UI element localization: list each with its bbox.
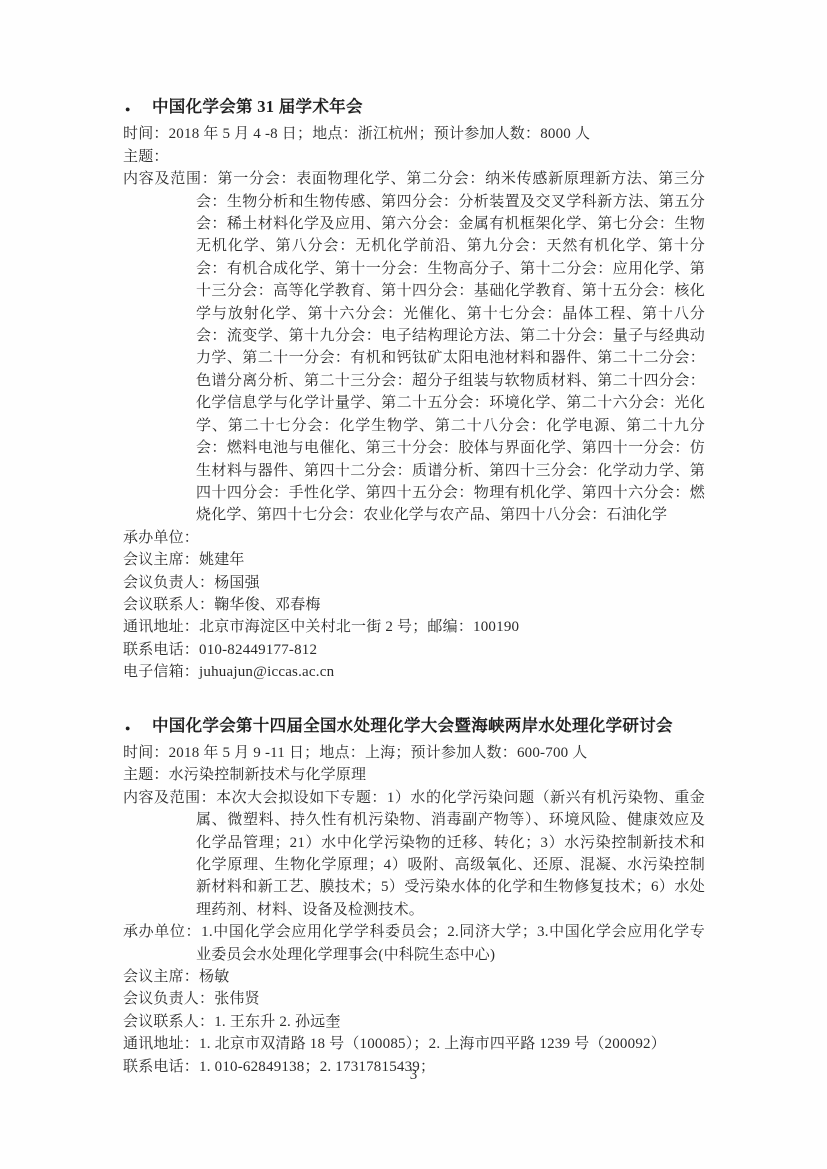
page-number: 3 bbox=[0, 1064, 827, 1086]
field-row: 电子信箱：juhuajun@iccas.ac.cn bbox=[123, 661, 705, 683]
field-value: 2018 年 5 月 4 -8 日；地点：浙江杭州；预计参加人数：8000 人 bbox=[169, 126, 591, 142]
field-label: 会议联系人： bbox=[123, 597, 214, 613]
field-row: 会议联系人：1. 王东升 2. 孙远奎 bbox=[123, 1011, 705, 1033]
field-row: 内容及范围：第一分会：表面物理化学、第二分会：纳米传感新原理新方法、第三分会：生… bbox=[123, 168, 705, 527]
field-row: 通讯地址：北京市海淀区中关村北一街 2 号；邮编：100190 bbox=[123, 616, 705, 638]
bullet-icon: ● bbox=[123, 717, 152, 739]
field-row: 会议联系人：鞠华俊、邓春梅 bbox=[123, 594, 705, 616]
field-label: 内容及范围： bbox=[123, 171, 217, 187]
field-row: 联系电话：010-82449177-812 bbox=[123, 639, 705, 661]
document-page: ● 中国化学会第 31 届学术年会 时间：2018 年 5 月 4 -8 日；地… bbox=[0, 0, 827, 1169]
field-row: 内容及范围：本次大会拟设如下专题：1）水的化学污染问题（新兴有机污染物、重金属、… bbox=[123, 787, 705, 921]
conference-list: ● 中国化学会第 31 届学术年会 时间：2018 年 5 月 4 -8 日；地… bbox=[123, 96, 705, 1078]
field-label: 主题： bbox=[123, 767, 169, 783]
field-row: 承办单位： bbox=[123, 527, 705, 549]
conference-title: 中国化学会第 31 届学术年会 bbox=[152, 96, 363, 118]
field-value: 1.中国化学会应用化学学科委员会；2.同济大学；3.中国化学会应用化学专业委员会… bbox=[196, 924, 705, 962]
field-row: 会议主席：杨敏 bbox=[123, 966, 705, 988]
field-value: 1. 王东升 2. 孙远奎 bbox=[214, 1014, 340, 1030]
field-label: 承办单位： bbox=[123, 530, 199, 546]
field-label: 承办单位： bbox=[123, 924, 201, 940]
field-label: 会议负责人： bbox=[123, 991, 214, 1007]
conference-fields: 时间：2018 年 5 月 9 -11 日；地点：上海；预计参加人数：600-7… bbox=[123, 742, 705, 1078]
field-label: 会议主席： bbox=[123, 552, 199, 568]
field-value: 1. 北京市双清路 18 号（100085）；2. 上海市四平路 1239 号（… bbox=[199, 1036, 666, 1052]
field-value: 2018 年 5 月 9 -11 日；地点：上海；预计参加人数：600-700 … bbox=[169, 745, 588, 761]
field-value: 鞠华俊、邓春梅 bbox=[214, 597, 320, 613]
field-value: 张伟贤 bbox=[214, 991, 260, 1007]
field-value: 杨敏 bbox=[199, 969, 229, 985]
field-row: 会议主席：姚建年 bbox=[123, 549, 705, 571]
field-row: 承办单位：1.中国化学会应用化学学科委员会；2.同济大学；3.中国化学会应用化学… bbox=[123, 921, 705, 966]
field-row: 主题： bbox=[123, 146, 705, 168]
field-row: 时间：2018 年 5 月 9 -11 日；地点：上海；预计参加人数：600-7… bbox=[123, 742, 705, 764]
conference-section: ● 中国化学会第十四届全国水处理化学大会暨海峡两岸水处理化学研讨会 时间：201… bbox=[123, 715, 705, 1079]
field-value: 水污染控制新技术与化学原理 bbox=[169, 767, 367, 783]
field-value: 第一分会：表面物理化学、第二分会：纳米传感新原理新方法、第三分会：生物分析和生物… bbox=[196, 171, 705, 523]
field-label: 时间： bbox=[123, 745, 169, 761]
field-label: 电子信箱： bbox=[123, 664, 199, 680]
field-value: 本次大会拟设如下专题：1）水的化学污染问题（新兴有机污染物、重金属、微塑料、持久… bbox=[196, 790, 705, 918]
field-row: 会议负责人：杨国强 bbox=[123, 572, 705, 594]
field-row: 会议负责人：张伟贤 bbox=[123, 988, 705, 1010]
field-label: 会议负责人： bbox=[123, 575, 214, 591]
field-label: 联系电话： bbox=[123, 642, 199, 658]
field-label: 会议联系人： bbox=[123, 1014, 214, 1030]
field-label: 时间： bbox=[123, 126, 169, 142]
field-label: 主题： bbox=[123, 149, 169, 165]
field-label: 会议主席： bbox=[123, 969, 199, 985]
conference-fields: 时间：2018 年 5 月 4 -8 日；地点：浙江杭州；预计参加人数：8000… bbox=[123, 123, 705, 683]
field-label: 通讯地址： bbox=[123, 1036, 199, 1052]
field-row: 主题：水污染控制新技术与化学原理 bbox=[123, 764, 705, 786]
conference-section: ● 中国化学会第 31 届学术年会 时间：2018 年 5 月 4 -8 日；地… bbox=[123, 96, 705, 684]
field-value: 北京市海淀区中关村北一街 2 号；邮编：100190 bbox=[199, 619, 519, 635]
conference-title-row: ● 中国化学会第十四届全国水处理化学大会暨海峡两岸水处理化学研讨会 bbox=[123, 715, 705, 739]
conference-title-row: ● 中国化学会第 31 届学术年会 bbox=[123, 96, 705, 120]
field-row: 通讯地址：1. 北京市双清路 18 号（100085）；2. 上海市四平路 12… bbox=[123, 1033, 705, 1055]
field-row: 时间：2018 年 5 月 4 -8 日；地点：浙江杭州；预计参加人数：8000… bbox=[123, 123, 705, 145]
field-value: 杨国强 bbox=[214, 575, 260, 591]
bullet-icon: ● bbox=[123, 98, 152, 120]
field-value: 姚建年 bbox=[199, 552, 245, 568]
field-label: 内容及范围： bbox=[123, 790, 216, 806]
field-value: juhuajun@iccas.ac.cn bbox=[199, 664, 334, 680]
conference-title: 中国化学会第十四届全国水处理化学大会暨海峡两岸水处理化学研讨会 bbox=[152, 715, 673, 737]
field-value: 010-82449177-812 bbox=[199, 642, 317, 658]
field-label: 通讯地址： bbox=[123, 619, 199, 635]
